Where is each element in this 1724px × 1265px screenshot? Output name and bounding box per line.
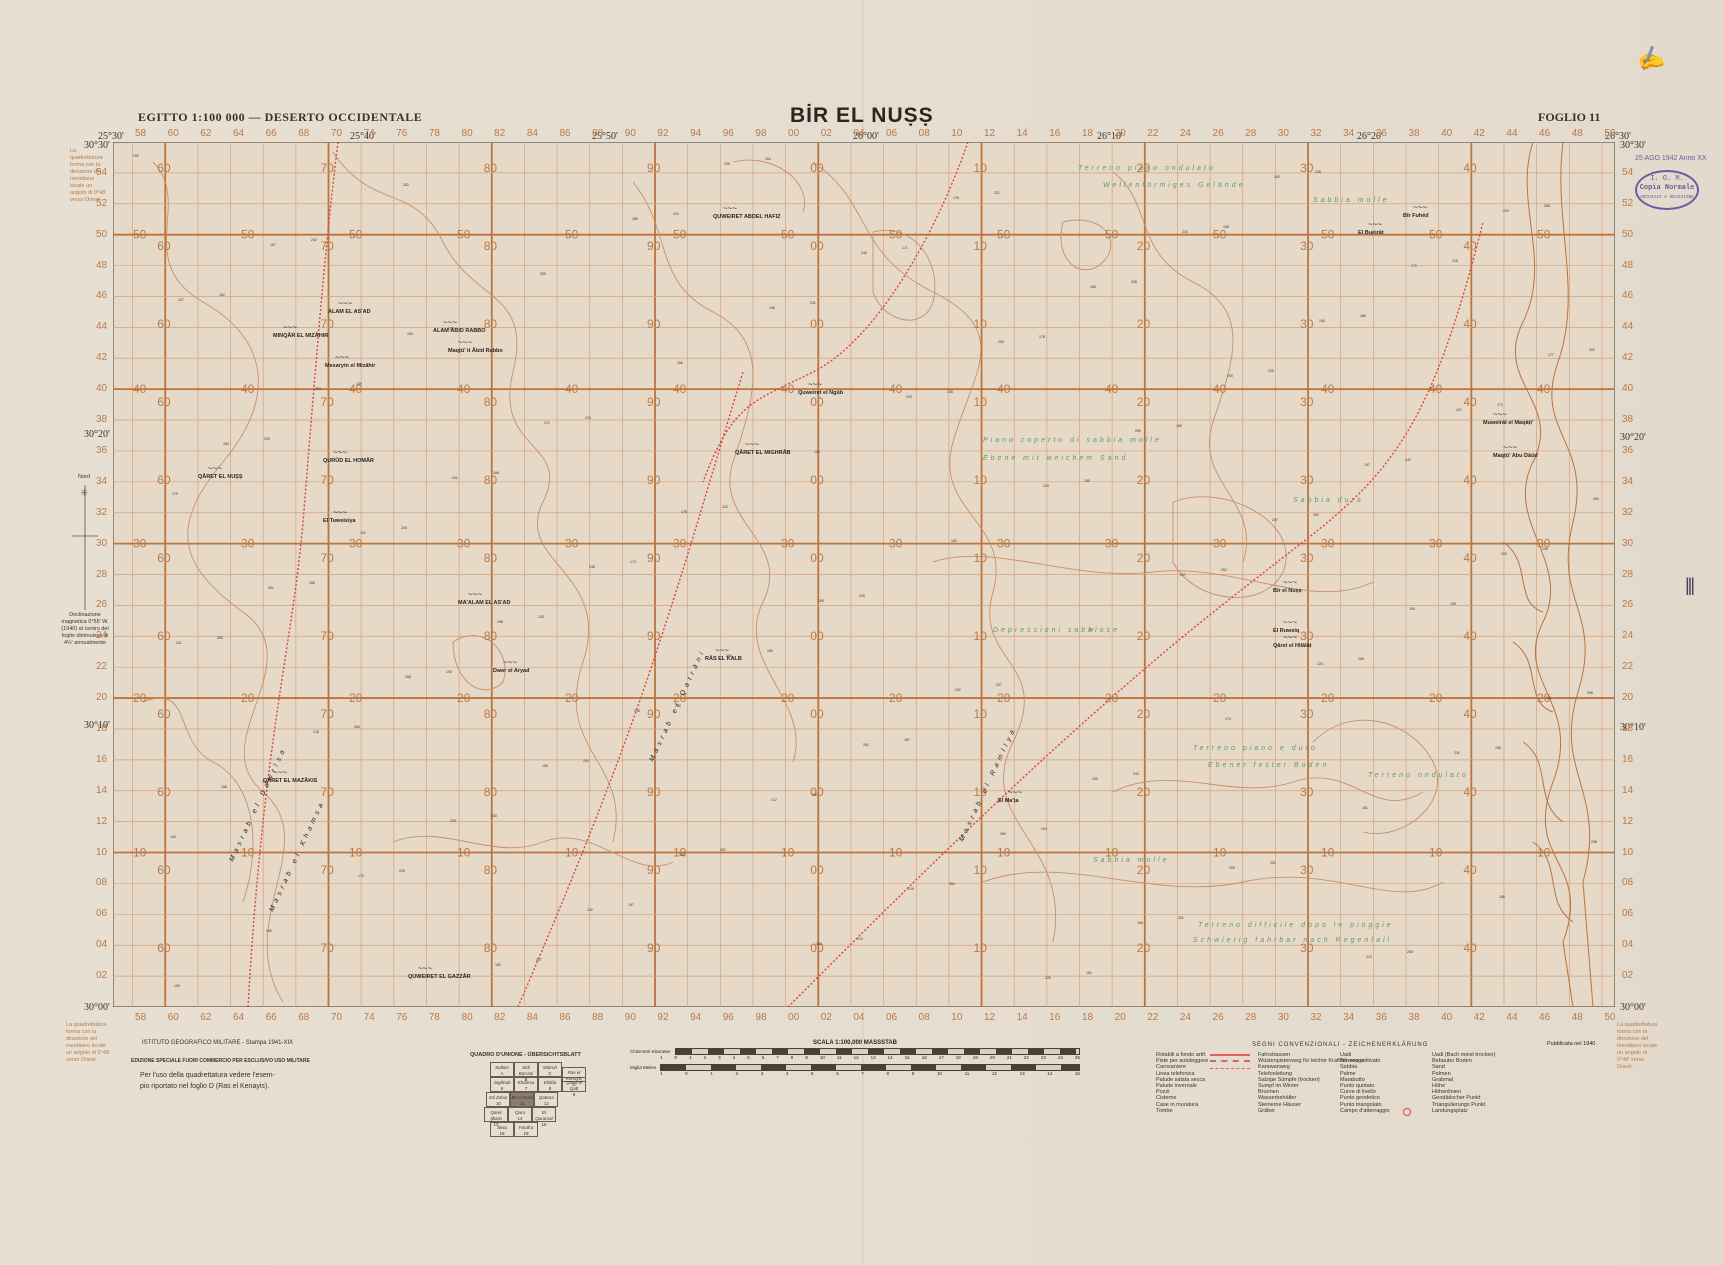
svg-text:262: 262 xyxy=(863,743,869,747)
svg-text:~~~: ~~~ xyxy=(1503,443,1517,452)
svg-text:30: 30 xyxy=(241,537,255,551)
svg-text:157: 157 xyxy=(270,243,276,247)
grid-tick-label: 12 xyxy=(1622,816,1633,827)
svg-text:263: 263 xyxy=(354,725,360,729)
svg-text:~~~: ~~~ xyxy=(458,338,472,347)
svg-text:50: 50 xyxy=(133,228,147,242)
svg-text:234: 234 xyxy=(315,387,321,391)
institute-imprint: ISTITUTO GEOGRAFICO MILITARE - Stampa 19… xyxy=(142,1040,293,1046)
svg-text:30: 30 xyxy=(1105,537,1119,551)
grid-tick-label: 82 xyxy=(494,128,505,139)
svg-text:90: 90 xyxy=(647,941,661,955)
grid-tick-label: 32 xyxy=(1622,507,1633,518)
svg-text:Maqṭū' it Ābid Rabbo: Maqṭū' it Ābid Rabbo xyxy=(448,347,503,354)
svg-text:~~~: ~~~ xyxy=(745,440,759,449)
svg-text:225: 225 xyxy=(450,819,456,823)
svg-text:20: 20 xyxy=(1137,629,1151,643)
svg-text:40: 40 xyxy=(1463,629,1477,643)
svg-text:10: 10 xyxy=(974,707,988,721)
index-cell: Qattara12 xyxy=(534,1092,558,1107)
grid-tick-label: 54 xyxy=(96,167,107,178)
svg-text:164: 164 xyxy=(765,157,771,161)
svg-text:156: 156 xyxy=(1137,921,1143,925)
grid-tick-label: 26 xyxy=(1622,599,1633,610)
grid-tick-label: 14 xyxy=(1622,785,1633,796)
svg-text:10: 10 xyxy=(1429,846,1443,860)
grid-tick-label: 06 xyxy=(886,1012,897,1023)
grid-tick-label: 58 xyxy=(135,1012,146,1023)
svg-text:268: 268 xyxy=(405,675,411,679)
svg-text:266: 266 xyxy=(677,361,683,365)
svg-text:174: 174 xyxy=(1225,717,1231,721)
grid-tick-label: 06 xyxy=(886,128,897,139)
grid-tick-label: 18 xyxy=(1082,1012,1093,1023)
svg-text:30: 30 xyxy=(673,537,687,551)
scale-title: SCALA 1:100,000 MASSSTAB xyxy=(630,1040,1080,1046)
grid-tick-label: 24 xyxy=(96,630,107,641)
svg-text:10: 10 xyxy=(1537,846,1551,860)
svg-text:20: 20 xyxy=(1321,691,1335,705)
svg-text:50: 50 xyxy=(565,228,579,242)
svg-text:Sabbia molle: Sabbia molle xyxy=(1313,197,1389,204)
grid-tick-label: 38 xyxy=(96,414,107,425)
grid-tick-label: 74 xyxy=(364,1012,375,1023)
svg-text:70: 70 xyxy=(321,473,335,487)
svg-text:192: 192 xyxy=(1313,513,1319,517)
svg-text:40: 40 xyxy=(1463,317,1477,331)
svg-text:90: 90 xyxy=(647,473,661,487)
svg-text:00: 00 xyxy=(810,863,824,877)
svg-text:70: 70 xyxy=(321,317,335,331)
grid-tick-label: 22 xyxy=(96,661,107,672)
svg-text:260: 260 xyxy=(1135,429,1141,433)
svg-text:10: 10 xyxy=(974,551,988,565)
grid-tick-label: 50 xyxy=(1604,128,1615,139)
svg-text:10: 10 xyxy=(1213,846,1227,860)
svg-text:50: 50 xyxy=(781,228,795,242)
svg-text:237: 237 xyxy=(996,683,1002,687)
svg-text:20: 20 xyxy=(1137,785,1151,799)
grid-tick-label: 50 xyxy=(1604,1012,1615,1023)
grid-tick-label: 18 xyxy=(1082,128,1093,139)
svg-text:30: 30 xyxy=(1300,239,1314,253)
svg-text:40: 40 xyxy=(1321,382,1335,396)
svg-text:80: 80 xyxy=(484,395,498,409)
svg-text:50: 50 xyxy=(997,228,1011,242)
grid-tick-label: 16 xyxy=(1049,128,1060,139)
svg-text:~~~: ~~~ xyxy=(503,658,517,667)
svg-text:90: 90 xyxy=(647,707,661,721)
svg-text:192: 192 xyxy=(955,688,961,692)
grid-tick-label: 36 xyxy=(1376,1012,1387,1023)
grid-tick-label: 62 xyxy=(200,1012,211,1023)
svg-text:10: 10 xyxy=(781,846,795,860)
grid-tick-label: 44 xyxy=(96,321,107,332)
grid-tick-label: 06 xyxy=(96,908,107,919)
index-map: QUADRO D'UNIONE - ÜBERSICHTSBLATT Sollum… xyxy=(470,1052,581,1058)
grid-tick-label: 26 xyxy=(1213,1012,1224,1023)
svg-text:40: 40 xyxy=(1463,863,1477,877)
grid-tick-label: 02 xyxy=(1622,970,1633,981)
grid-tick-label: 44 xyxy=(1506,128,1517,139)
svg-text:90: 90 xyxy=(647,239,661,253)
usage-note-line1: Per l'uso della quadrettatura vedere l'e… xyxy=(140,1072,275,1079)
svg-text:70: 70 xyxy=(321,863,335,877)
svg-text:90: 90 xyxy=(647,317,661,331)
igm-stamp: I. G. M. Copia Normale ARCHIVIO e REVISI… xyxy=(1635,170,1699,210)
svg-text:80: 80 xyxy=(484,863,498,877)
grid-tick-label: 50 xyxy=(1622,229,1633,240)
svg-text:20: 20 xyxy=(889,691,903,705)
legend-col1-symbols xyxy=(1210,1052,1250,1075)
svg-text:40: 40 xyxy=(1463,239,1477,253)
svg-text:211: 211 xyxy=(176,641,182,645)
svg-text:241: 241 xyxy=(452,476,458,480)
svg-text:Terreno piano e duro: Terreno piano e duro xyxy=(1193,745,1318,752)
svg-text:QUWEIRET EL GAZZĀR: QUWEIRET EL GAZZĀR xyxy=(408,973,471,980)
svg-text:50: 50 xyxy=(1105,228,1119,242)
svg-text:~~~: ~~~ xyxy=(1283,633,1297,642)
km-scale-bar xyxy=(675,1048,1080,1055)
grid-tick-label: 02 xyxy=(821,1012,832,1023)
svg-text:QĀRET EL MIGHRĀB: QĀRET EL MIGHRĀB xyxy=(735,449,791,456)
publication-date: Pubblicata nel 1940 xyxy=(1547,1041,1595,1047)
svg-text:00: 00 xyxy=(810,473,824,487)
svg-text:20: 20 xyxy=(457,691,471,705)
legend-col1-italian: Rotabili a fondo artif.Piste per autoleg… xyxy=(1156,1052,1208,1114)
sheet-number: FOGLIO 11 xyxy=(1538,110,1600,125)
grid-tick-label: 30 xyxy=(1278,128,1289,139)
grid-tick-label: 04 xyxy=(1622,939,1633,950)
svg-text:190: 190 xyxy=(1227,374,1233,378)
grid-note-bottom-left: La quadrettatura forma con la direzione … xyxy=(66,1022,110,1064)
svg-text:160: 160 xyxy=(951,539,957,543)
svg-text:171: 171 xyxy=(902,246,908,250)
svg-text:30: 30 xyxy=(1300,551,1314,565)
legend-col2-italian: UadiTerreno coltivatoSabbiaPalmeMarabutt… xyxy=(1340,1052,1390,1114)
grid-tick-label: 74 xyxy=(364,128,375,139)
svg-text:269: 269 xyxy=(1000,832,1006,836)
svg-text:Terreno piano ondulato: Terreno piano ondulato xyxy=(1078,165,1216,172)
grid-tick-label: 08 xyxy=(919,128,930,139)
svg-text:00: 00 xyxy=(810,629,824,643)
grid-tick-label: 96 xyxy=(723,128,734,139)
svg-text:209: 209 xyxy=(448,327,454,331)
svg-text:236: 236 xyxy=(401,526,407,530)
svg-text:150: 150 xyxy=(133,154,139,158)
svg-text:185: 185 xyxy=(818,599,824,603)
grid-tick-label: 06 xyxy=(1622,908,1633,919)
grid-tick-label: 48 xyxy=(1572,128,1583,139)
svg-text:30: 30 xyxy=(1300,629,1314,643)
svg-text:El Bueirāt: El Bueirāt xyxy=(1358,230,1384,236)
svg-text:214: 214 xyxy=(857,937,863,941)
svg-text:80: 80 xyxy=(484,317,498,331)
svg-text:162: 162 xyxy=(679,853,685,857)
svg-text:258: 258 xyxy=(1407,950,1413,954)
svg-text:20: 20 xyxy=(1137,707,1151,721)
svg-text:30: 30 xyxy=(1300,863,1314,877)
svg-text:184: 184 xyxy=(223,442,229,446)
svg-text:259: 259 xyxy=(540,272,546,276)
svg-text:60: 60 xyxy=(157,785,171,799)
grid-tick-label: 10 xyxy=(1622,847,1633,858)
svg-text:239: 239 xyxy=(724,162,730,166)
svg-text:163: 163 xyxy=(170,835,176,839)
svg-text:10: 10 xyxy=(974,161,988,175)
grid-tick-label: 10 xyxy=(951,128,962,139)
svg-text:189: 189 xyxy=(632,217,638,221)
grid-tick-label: 40 xyxy=(96,383,107,394)
grid-tick-label: 90 xyxy=(625,128,636,139)
edition-note: EDIZIONE SPECIALE FUORI COMMERCIO PER ES… xyxy=(131,1058,310,1064)
grid-tick-label: 78 xyxy=(429,1012,440,1023)
svg-text:264: 264 xyxy=(949,882,955,886)
grid-tick-label: 76 xyxy=(396,1012,407,1023)
grid-tick-label: 40 xyxy=(1622,383,1633,394)
svg-text:243: 243 xyxy=(538,615,544,619)
svg-text:El Tuweisiya: El Tuweisiya xyxy=(323,518,357,524)
grid-tick-label: 24 xyxy=(1180,128,1191,139)
grid-tick-label: 98 xyxy=(755,1012,766,1023)
svg-text:30: 30 xyxy=(565,537,579,551)
svg-text:Schwierig fahrbar nach Regenfa: Schwierig fahrbar nach Regenfall xyxy=(1193,937,1392,944)
svg-text:40: 40 xyxy=(673,382,687,396)
grid-tick-label: 44 xyxy=(1506,1012,1517,1023)
grid-tick-label: 10 xyxy=(951,1012,962,1023)
svg-text:ALAM ĀBID RABBO: ALAM ĀBID RABBO xyxy=(433,327,486,334)
svg-text:238: 238 xyxy=(1591,840,1597,844)
svg-text:201: 201 xyxy=(1178,916,1184,920)
svg-text:199: 199 xyxy=(1092,777,1098,781)
index-cell: Sidi BarraniB xyxy=(514,1062,538,1077)
svg-text:50: 50 xyxy=(1537,228,1551,242)
grid-tick-label: 36 xyxy=(1622,445,1633,456)
grid-tick-label: 88 xyxy=(592,1012,603,1023)
grid-tick-label: 36 xyxy=(96,445,107,456)
svg-text:20: 20 xyxy=(1137,863,1151,877)
grid-tick-label: 04 xyxy=(96,939,107,950)
grid-tick-label: 34 xyxy=(1343,1012,1354,1023)
svg-text:196: 196 xyxy=(769,306,775,310)
svg-text:40: 40 xyxy=(1463,161,1477,175)
svg-text:10: 10 xyxy=(974,473,988,487)
svg-text:191: 191 xyxy=(360,531,366,535)
index-cell: Qaret Ijbara13 xyxy=(484,1107,508,1122)
svg-text:~~~: ~~~ xyxy=(1413,203,1427,212)
svg-text:20: 20 xyxy=(349,691,363,705)
map-area[interactable]: 5050505050505050505050505050404040404040… xyxy=(113,142,1615,1007)
svg-text:265: 265 xyxy=(1544,204,1550,208)
grid-tick-label: 20 xyxy=(1115,128,1126,139)
svg-text:30: 30 xyxy=(457,537,471,551)
grid-tick-label: 76 xyxy=(396,128,407,139)
grid-tick-label: 42 xyxy=(1474,128,1485,139)
svg-text:Terreno ondulato: Terreno ondulato xyxy=(1368,772,1469,779)
svg-text:161: 161 xyxy=(1546,696,1552,700)
svg-text:50: 50 xyxy=(1429,228,1443,242)
svg-text:232: 232 xyxy=(587,908,593,912)
landing-field-icon xyxy=(1403,1108,1411,1116)
svg-text:40: 40 xyxy=(1213,382,1227,396)
index-cell: SollumA xyxy=(490,1062,514,1077)
grid-tick-label: 52 xyxy=(96,198,107,209)
svg-text:267: 267 xyxy=(1272,518,1278,522)
grid-tick-label: 30 xyxy=(1278,1012,1289,1023)
svg-text:168: 168 xyxy=(221,785,227,789)
svg-text:195: 195 xyxy=(174,984,180,988)
svg-text:246: 246 xyxy=(861,251,867,255)
svg-text:204: 204 xyxy=(1501,552,1507,556)
grid-tick-label: 64 xyxy=(233,128,244,139)
grid-tick-label: 20 xyxy=(1622,692,1633,703)
svg-text:255: 255 xyxy=(726,654,732,658)
corner-lat-tr: 30°30' xyxy=(1620,140,1646,151)
grid-tick-label: 50 xyxy=(96,229,107,240)
svg-text:202: 202 xyxy=(311,238,317,242)
svg-text:10: 10 xyxy=(1321,846,1335,860)
svg-text:154: 154 xyxy=(1409,607,1415,611)
svg-text:60: 60 xyxy=(157,863,171,877)
svg-text:10: 10 xyxy=(457,846,471,860)
grid-tick-label: 38 xyxy=(1408,1012,1419,1023)
series-title: EGITTO 1:100 000 — DESERTO OCCIDENTALE xyxy=(138,110,422,125)
lat-label-20-right: 30°20' xyxy=(1620,432,1646,443)
svg-text:20: 20 xyxy=(565,691,579,705)
grid-tick-label: 12 xyxy=(984,128,995,139)
grid-tick-label: 88 xyxy=(592,128,603,139)
svg-text:50: 50 xyxy=(1321,228,1335,242)
svg-text:~~~: ~~~ xyxy=(443,318,457,327)
svg-text:254: 254 xyxy=(1593,497,1599,501)
svg-text:80: 80 xyxy=(484,629,498,643)
svg-text:Maqṭū' Abu Dāūd: Maqṭū' Abu Dāūd xyxy=(1493,453,1538,459)
svg-text:10: 10 xyxy=(974,395,988,409)
svg-text:173: 173 xyxy=(630,560,636,564)
svg-text:50: 50 xyxy=(673,228,687,242)
grid-tick-label: 62 xyxy=(200,128,211,139)
svg-text:40: 40 xyxy=(565,382,579,396)
svg-text:~~~: ~~~ xyxy=(283,323,297,332)
svg-text:~~~: ~~~ xyxy=(335,353,349,362)
svg-text:210: 210 xyxy=(1043,484,1049,488)
svg-text:Sabbia dura: Sabbia dura xyxy=(1293,497,1364,504)
svg-text:40: 40 xyxy=(1463,707,1477,721)
grid-tick-label: 92 xyxy=(657,1012,668,1023)
index-cell: Khilda8 xyxy=(538,1077,562,1092)
svg-text:Bîr el Nuṣṣ: Bîr el Nuṣṣ xyxy=(1273,588,1302,594)
svg-text:193: 193 xyxy=(446,670,452,674)
svg-text:00: 00 xyxy=(810,161,824,175)
svg-text:70: 70 xyxy=(321,707,335,721)
index-cell: MatruhC xyxy=(538,1062,562,1077)
svg-text:10: 10 xyxy=(889,846,903,860)
svg-text:30: 30 xyxy=(1321,537,1335,551)
grid-tick-label: 92 xyxy=(657,128,668,139)
svg-text:230: 230 xyxy=(859,594,865,598)
svg-text:216: 216 xyxy=(585,416,591,420)
grid-tick-label: 20 xyxy=(96,692,107,703)
grid-tick-label: 58 xyxy=(135,128,146,139)
grid-note-bottom-right: La quadrettatura forma con la direzione … xyxy=(1617,1022,1659,1071)
svg-text:256: 256 xyxy=(217,636,223,640)
grid-tick-label: 24 xyxy=(1180,1012,1191,1023)
svg-text:163: 163 xyxy=(1274,175,1280,179)
svg-text:261: 261 xyxy=(268,586,274,590)
svg-text:40: 40 xyxy=(1463,941,1477,955)
svg-text:30: 30 xyxy=(1300,707,1314,721)
svg-text:80: 80 xyxy=(484,551,498,565)
svg-text:188: 188 xyxy=(1499,895,1505,899)
grid-tick-label: 04 xyxy=(853,1012,864,1023)
index-cell: Siwa18 xyxy=(490,1122,514,1137)
svg-text:00: 00 xyxy=(810,551,824,565)
svg-text:20: 20 xyxy=(1137,941,1151,955)
svg-text:153: 153 xyxy=(814,450,820,454)
index-cell: El Qaramat15 xyxy=(532,1107,556,1122)
svg-text:245: 245 xyxy=(266,929,272,933)
mi-scale-bar xyxy=(660,1064,1080,1071)
grid-tick-label: 64 xyxy=(233,1012,244,1023)
grid-tick-label: 22 xyxy=(1147,128,1158,139)
svg-text:166: 166 xyxy=(493,471,499,475)
svg-text:70: 70 xyxy=(321,785,335,799)
grid-tick-label: 68 xyxy=(298,1012,309,1023)
grid-tick-label: 30 xyxy=(1622,538,1633,549)
svg-text:20: 20 xyxy=(133,691,147,705)
svg-text:203: 203 xyxy=(906,395,912,399)
grid-tick-label: 42 xyxy=(1622,352,1633,363)
lat-label-00-right: 30°00' xyxy=(1620,1002,1646,1013)
svg-text:Qāret el Hilālāt: Qāret el Hilālāt xyxy=(1273,643,1312,649)
svg-text:227: 227 xyxy=(178,298,184,302)
svg-text:205: 205 xyxy=(634,709,640,713)
km-label: Chilometri Kilometer xyxy=(630,1049,671,1054)
grid-tick-label: 40 xyxy=(1441,1012,1452,1023)
svg-text:178: 178 xyxy=(681,510,687,514)
svg-text:229: 229 xyxy=(264,437,270,441)
legend-item: Landungsplatz xyxy=(1432,1108,1495,1114)
svg-text:40: 40 xyxy=(133,382,147,396)
legend-item: Campo d'atterraggio xyxy=(1340,1108,1390,1114)
svg-text:30: 30 xyxy=(1213,537,1227,551)
svg-text:185: 185 xyxy=(1176,424,1182,428)
svg-text:10: 10 xyxy=(349,846,363,860)
svg-text:40: 40 xyxy=(1429,382,1443,396)
svg-text:212: 212 xyxy=(771,798,777,802)
svg-text:269: 269 xyxy=(1358,657,1364,661)
svg-text:80: 80 xyxy=(484,473,498,487)
svg-text:198: 198 xyxy=(497,620,503,624)
mi-ticks: 10123456789101112131415 xyxy=(630,1071,1080,1076)
svg-text:90: 90 xyxy=(647,395,661,409)
svg-text:30: 30 xyxy=(1300,395,1314,409)
grid-tick-label: 32 xyxy=(1310,128,1321,139)
svg-text:Mesaryin el Mizāhir: Mesaryin el Mizāhir xyxy=(325,363,376,369)
grid-tick-label: 24 xyxy=(1622,630,1633,641)
grid-tick-label: 96 xyxy=(723,1012,734,1023)
grid-tick-label: 08 xyxy=(919,1012,930,1023)
svg-text:159: 159 xyxy=(356,382,362,386)
legend-col2-german: Uadi (Bach meist trocken)Bebauter BodenS… xyxy=(1432,1052,1495,1114)
svg-text:Muweirāt el Maqāṭi': Muweirāt el Maqāṭi' xyxy=(1483,420,1534,426)
grid-tick-label: 34 xyxy=(1343,128,1354,139)
svg-text:179: 179 xyxy=(172,492,178,496)
svg-text:✳: ✳ xyxy=(80,488,88,499)
svg-text:206: 206 xyxy=(1587,691,1593,695)
mi-label: Miglia Meilen xyxy=(630,1065,656,1070)
map-title: BİR EL NUṢṢ xyxy=(790,104,934,128)
